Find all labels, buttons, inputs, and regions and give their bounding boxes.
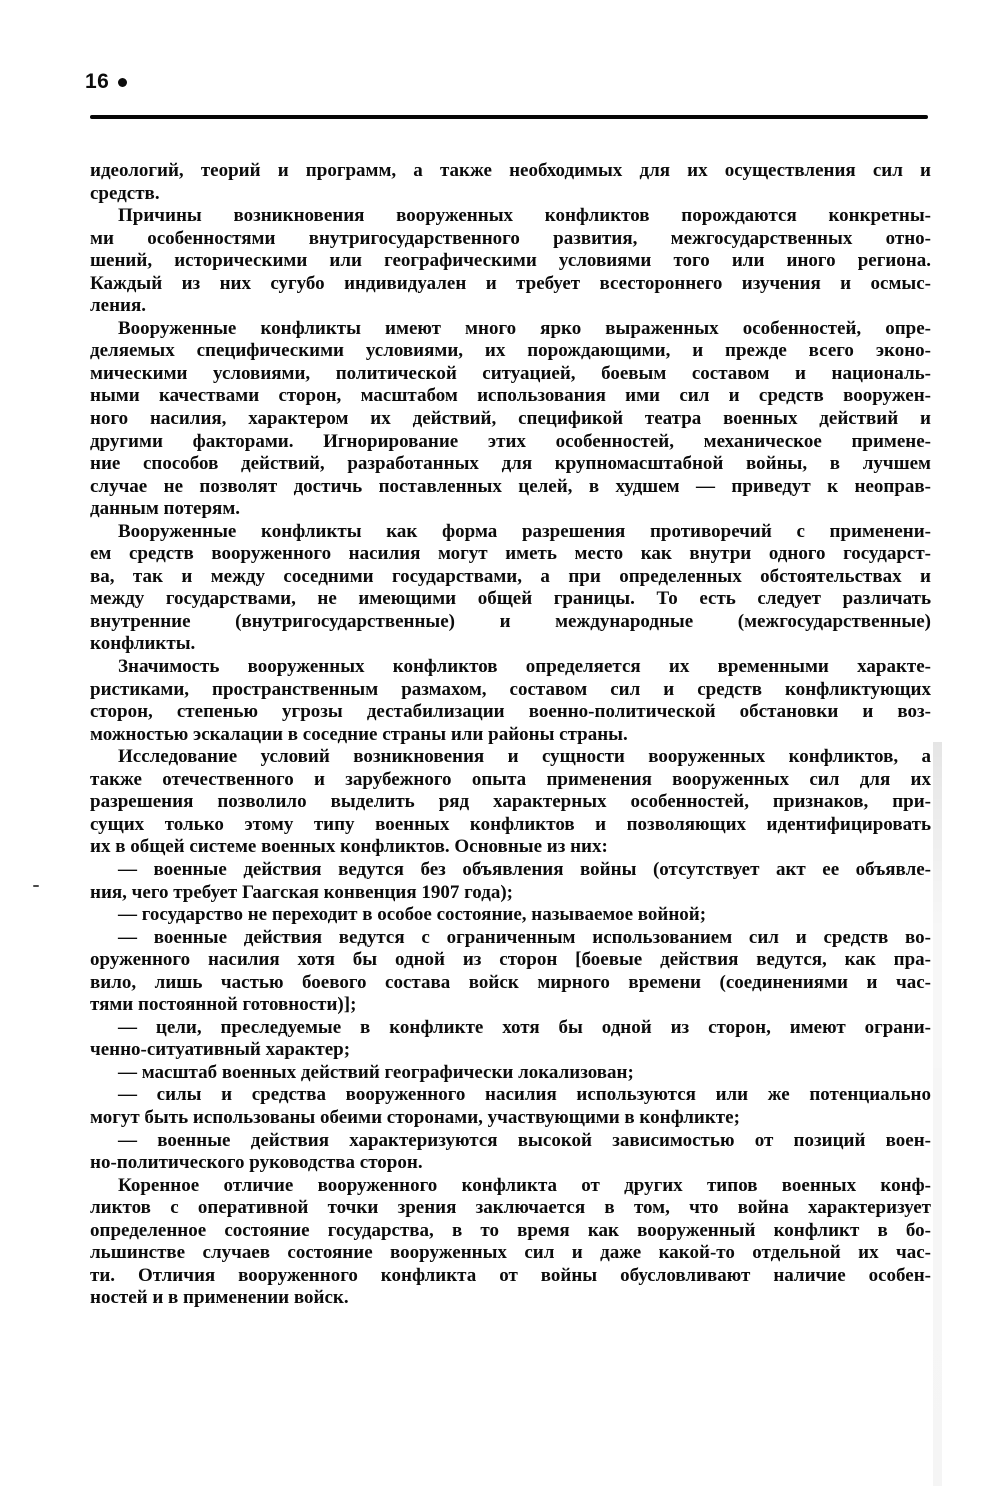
text-line: Исследование условий возникновения и сущ… (90, 746, 931, 769)
page-number-text: 16 (85, 70, 109, 93)
text-line: льшинстве случаев состояние вооруженных … (90, 1242, 931, 1265)
text-line: — цели, преследуемые в конфликте хотя бы… (90, 1017, 931, 1040)
text-line: внутренние (внутригосударственные) и меж… (90, 611, 931, 634)
text-line: — военные действия характеризуются высок… (90, 1130, 931, 1153)
scan-edge-streak (933, 742, 942, 1486)
text-line: но-политического руководства сторон. (90, 1152, 931, 1175)
text-line: можностью эскалации в соседние страны ил… (90, 724, 931, 747)
text-line: ристиками, пространственным размахом, со… (90, 679, 931, 702)
text-line: деляемых специфическими условиями, их по… (90, 340, 931, 363)
text-line: Каждый из них сугубо индивидуален и треб… (90, 273, 931, 296)
text-line: определенное состояние государства, в то… (90, 1220, 931, 1243)
text-line: Значимость вооруженных конфликтов опреде… (90, 656, 931, 679)
text-line: между государствами, не имеющими общей г… (90, 588, 931, 611)
text-line: ликтов с оперативной точки зрения заключ… (90, 1197, 931, 1220)
text-line: — государство не переходит в особое сост… (90, 904, 931, 927)
text-line: идеологий, теорий и программ, а также не… (90, 160, 931, 183)
text-line: данным потерям. (90, 498, 931, 521)
text-line: оруженного насилия хотя бы одной из стор… (90, 949, 931, 972)
page-number: 16 (85, 70, 127, 94)
text-line: ние способов действий, разработанных для… (90, 453, 931, 476)
text-block: идеологий, теорий и программ, а также не… (90, 160, 931, 1310)
text-line: тями постоянной готовности)]; (90, 994, 931, 1017)
text-line: средств. (90, 183, 931, 206)
text-line: ти. Отличия вооруженного конфликта от во… (90, 1265, 931, 1288)
text-line: — военные действия ведутся без объявлени… (90, 859, 931, 882)
text-line: — силы и средства вооруженного насилия и… (90, 1084, 931, 1107)
text-line: Вооруженные конфликты имеют много ярко в… (90, 318, 931, 341)
text-line: ченно-ситуативный характер; (90, 1039, 931, 1062)
text-line: ва, так и между соседними государствами,… (90, 566, 931, 589)
scanned-book-page: 16 идеологий, теорий и программ, а также… (0, 0, 1000, 1486)
text-line: сторон, степенью угрозы дестабилизации в… (90, 701, 931, 724)
text-line: их в общей системе военных конфликтов. О… (90, 836, 931, 859)
text-line: ем средств вооруженного насилия могут им… (90, 543, 931, 566)
text-line: шений, историческими или географическими… (90, 250, 931, 273)
margin-artifact-dash (33, 885, 39, 887)
text-line: — военные действия ведутся с ограниченны… (90, 927, 931, 950)
text-line: ми особенностями внутригосударственного … (90, 228, 931, 251)
folio-bullet-icon (118, 78, 127, 87)
text-line: другими факторами. Игнорирование этих ос… (90, 431, 931, 454)
text-line: ного насилия, характером их действий, сп… (90, 408, 931, 431)
text-line: ными качествами сторон, масштабом исполь… (90, 385, 931, 408)
text-line: также отечественного и зарубежного опыта… (90, 769, 931, 792)
text-line: могут быть использованы обеими сторонами… (90, 1107, 931, 1130)
text-line: вило, лишь частью боевого состава войск … (90, 972, 931, 995)
text-line: Вооруженные конфликты как форма разрешен… (90, 521, 931, 544)
text-line: случае не позволят достичь поставленных … (90, 476, 931, 499)
text-line: мическими условиями, политической ситуац… (90, 363, 931, 386)
text-line: ления. (90, 295, 931, 318)
text-line: Коренное отличие вооруженного конфликта … (90, 1175, 931, 1198)
text-line: Причины возникновения вооруженных конфли… (90, 205, 931, 228)
text-line: разрешения позволило выделить ряд характ… (90, 791, 931, 814)
text-line: сущих только этому типу военных конфликт… (90, 814, 931, 837)
text-line: ния, чего требует Гаагская конвенция 190… (90, 882, 931, 905)
text-line: конфликты. (90, 633, 931, 656)
text-line: — масштаб военных действий географически… (90, 1062, 931, 1085)
text-line: ностей и в применении войск. (90, 1287, 931, 1310)
header-rule (90, 115, 928, 119)
